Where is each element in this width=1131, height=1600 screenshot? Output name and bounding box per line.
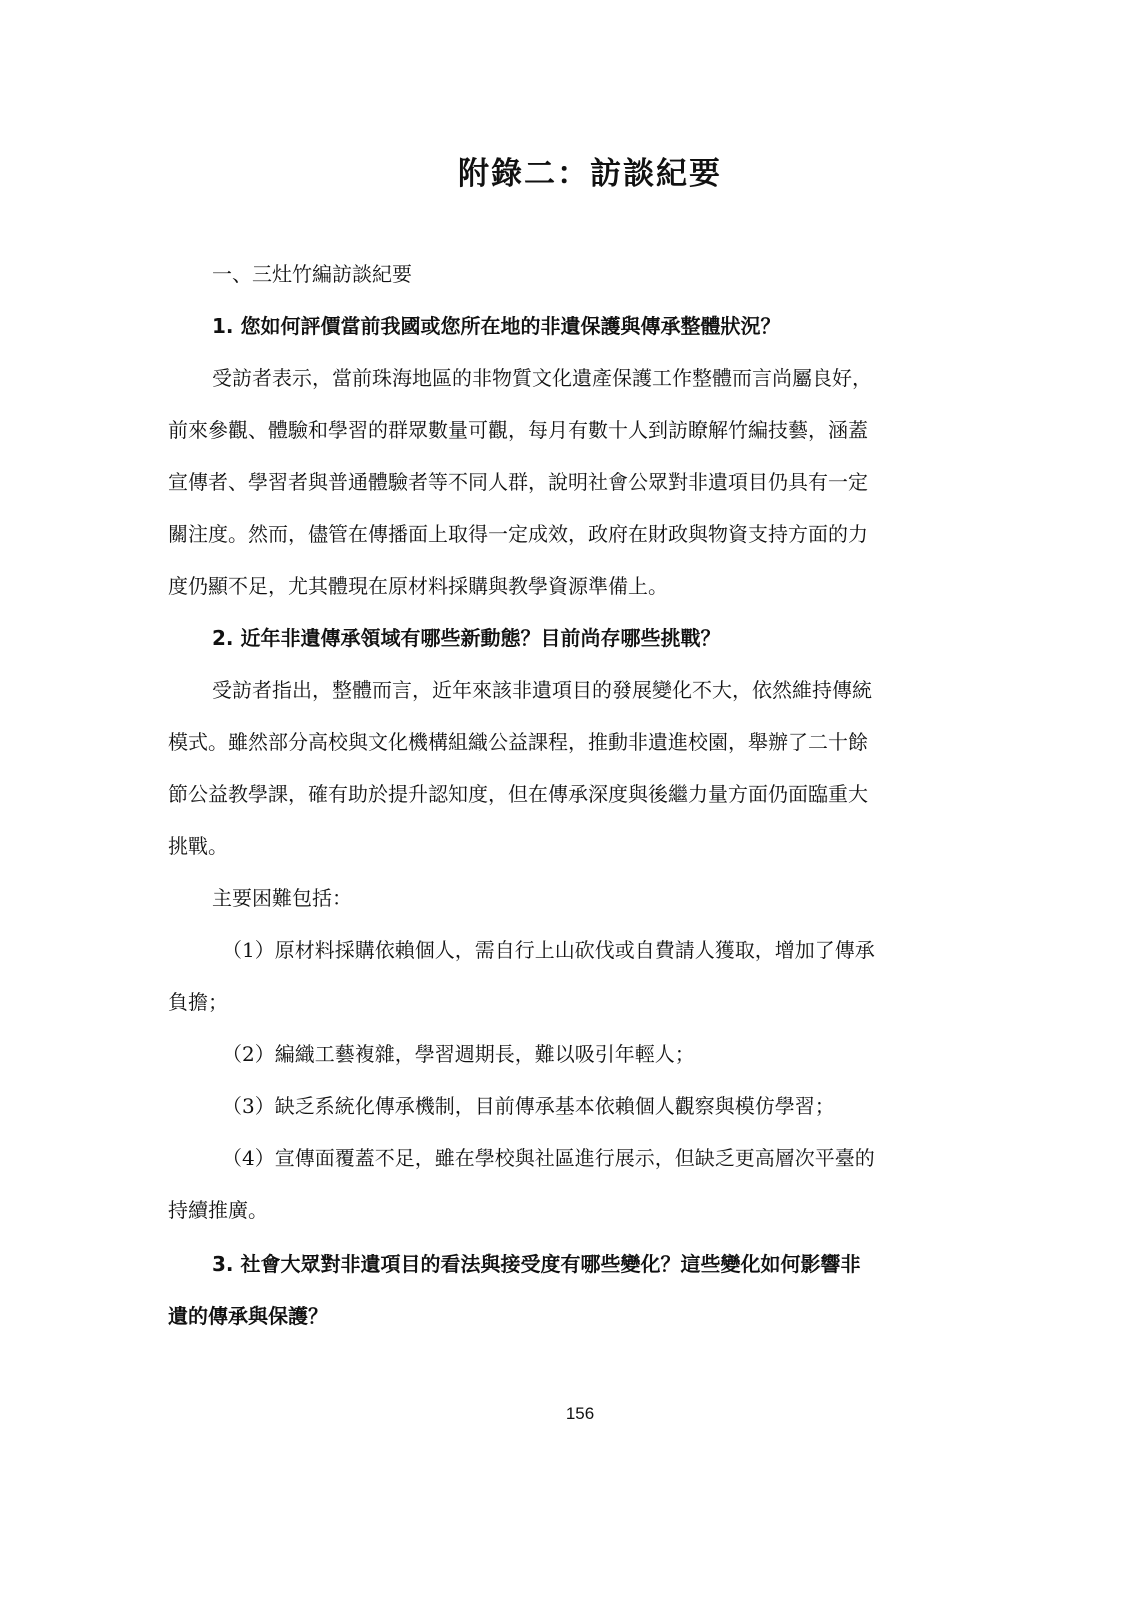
page-number: 156 [0,1404,1131,1424]
difficulty-4-line-2: 持續推廣。 [168,1194,268,1223]
answer-2-line-1: 受訪者指出，整體而言，近年來該非遺項目的發展變化不大，依然維持傳統 [212,674,872,703]
question-2: 2. 近年非遺傳承領域有哪些新動態？目前尚存哪些挑戰？ [212,622,720,651]
difficulty-3: （3）缺乏系統化傳承機制，目前傳承基本依賴個人觀察與模仿學習； [222,1090,835,1119]
question-3-line-1: 3. 社會大眾對非遺項目的看法與接受度有哪些變化？這些變化如何影響非 [212,1248,860,1277]
question-3-line-2: 遺的傳承與保護？ [168,1300,328,1329]
question-1: 1. 您如何評價當前我國或您所在地的非遺保護與傳承整體狀況？ [212,310,780,339]
difficulty-2: （2）編織工藝複雜，學習週期長，難以吸引年輕人； [222,1038,695,1067]
difficulty-4-line-1: （4）宣傳面覆蓋不足，雖在學校與社區進行展示，但缺乏更高層次平臺的 [222,1142,875,1171]
answer-2-line-4: 挑戰。 [168,830,228,859]
page-title: 附錄二：訪談紀要 [0,148,1131,193]
answer-1-line-3: 宣傳者、學習者與普通體驗者等不同人群，說明社會公眾對非遺項目仍具有一定 [168,466,868,495]
answer-1-line-1: 受訪者表示，當前珠海地區的非物質文化遺產保護工作整體而言尚屬良好， [212,362,872,391]
answer-2-line-3: 節公益教學課，確有助於提升認知度，但在傳承深度與後繼力量方面仍面臨重大 [168,778,868,807]
difficulty-1-line-1: （1）原材料採購依賴個人，需自行上山砍伐或自費請人獲取，增加了傳承 [222,934,875,963]
difficulties-intro: 主要困難包括： [212,882,352,911]
answer-2-line-2: 模式。雖然部分高校與文化機構組織公益課程，推動非遺進校園，舉辦了二十餘 [168,726,868,755]
difficulty-1-line-2: 負擔； [168,986,228,1015]
answer-1-line-4: 關注度。然而，儘管在傳播面上取得一定成效，政府在財政與物資支持方面的力 [168,518,868,547]
section-heading: 一、三灶竹編訪談紀要 [212,258,412,287]
answer-1-line-2: 前來參觀、體驗和學習的群眾數量可觀，每月有數十人到訪瞭解竹編技藝，涵蓋 [168,414,868,443]
answer-1-line-5: 度仍顯不足，尤其體現在原材料採購與教學資源準備上。 [168,570,668,599]
